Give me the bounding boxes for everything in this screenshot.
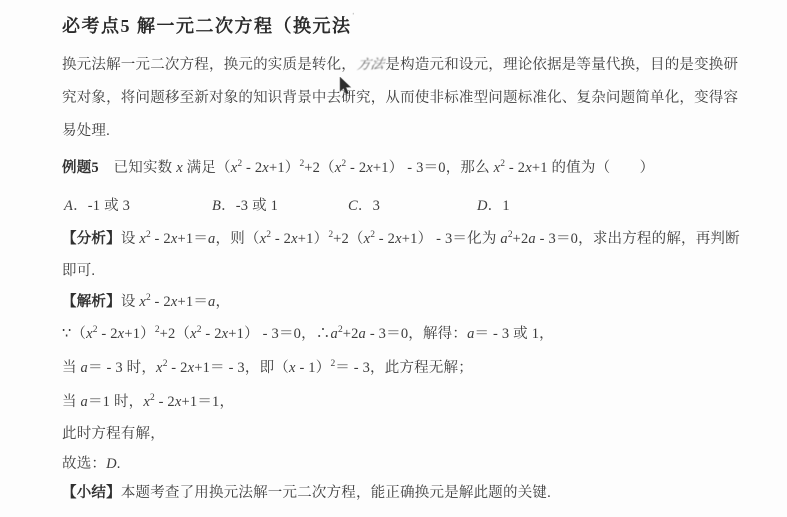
solution-line-1: 【解析】设 x2 - 2x+1＝a， — [62, 292, 230, 312]
intro-paragraph-line-2: 究对象，将问题移至新对象的知识背景中去研究，从而使非标准型问题标准化、复杂问题简… — [62, 88, 738, 108]
solution-line-2: ∵（x2 - 2x+1）2+2（x2 - 2x+1） - 3＝0，∴a2+2a … — [62, 324, 554, 344]
solution-case-1: 当 a＝ - 3 时，x2 - 2x+1＝ - 3，即（x - 1）2＝ - 3… — [62, 358, 473, 378]
mouse-cursor-icon — [338, 77, 354, 97]
intro-paragraph-line-1: 换元法解一元二次方程，换元的实质是转化，方法是构造元和设元，理论依据是等量代换，… — [62, 55, 738, 75]
intro-paragraph-line-3: 易处理. — [62, 121, 110, 141]
example-statement: 例题5 已知实数 x 满足（x2 - 2x+1）2+2（x2 - 2x+1） -… — [62, 158, 654, 178]
solution-has-solution: 此时方程有解， — [62, 424, 165, 444]
summary-line: 【小结】本题考查了用换元法解一元二次方程，能正确换元是解此题的关键. — [62, 483, 551, 503]
option-b: B．-3 或 1 — [212, 196, 278, 216]
analysis-line-2: 即可. — [62, 261, 95, 281]
solution-case-2: 当 a＝1 时，x2 - 2x+1＝1， — [62, 392, 234, 412]
analysis-line-1: 【分析】设 x2 - 2x+1＝a，则（x2 - 2x+1）2+2（x2 - 2… — [62, 229, 740, 249]
page-title: 必考点5 解一元二次方程（换元法ˈ — [62, 12, 356, 38]
solution-answer: 故选：D. — [62, 454, 121, 474]
option-a: A．-1 或 3 — [64, 196, 130, 216]
document-page: 必考点5 解一元二次方程（换元法ˈ 换元法解一元二次方程，换元的实质是转化，方法… — [0, 0, 787, 517]
option-d: D．1 — [477, 196, 510, 216]
option-c: C．3 — [348, 196, 380, 216]
